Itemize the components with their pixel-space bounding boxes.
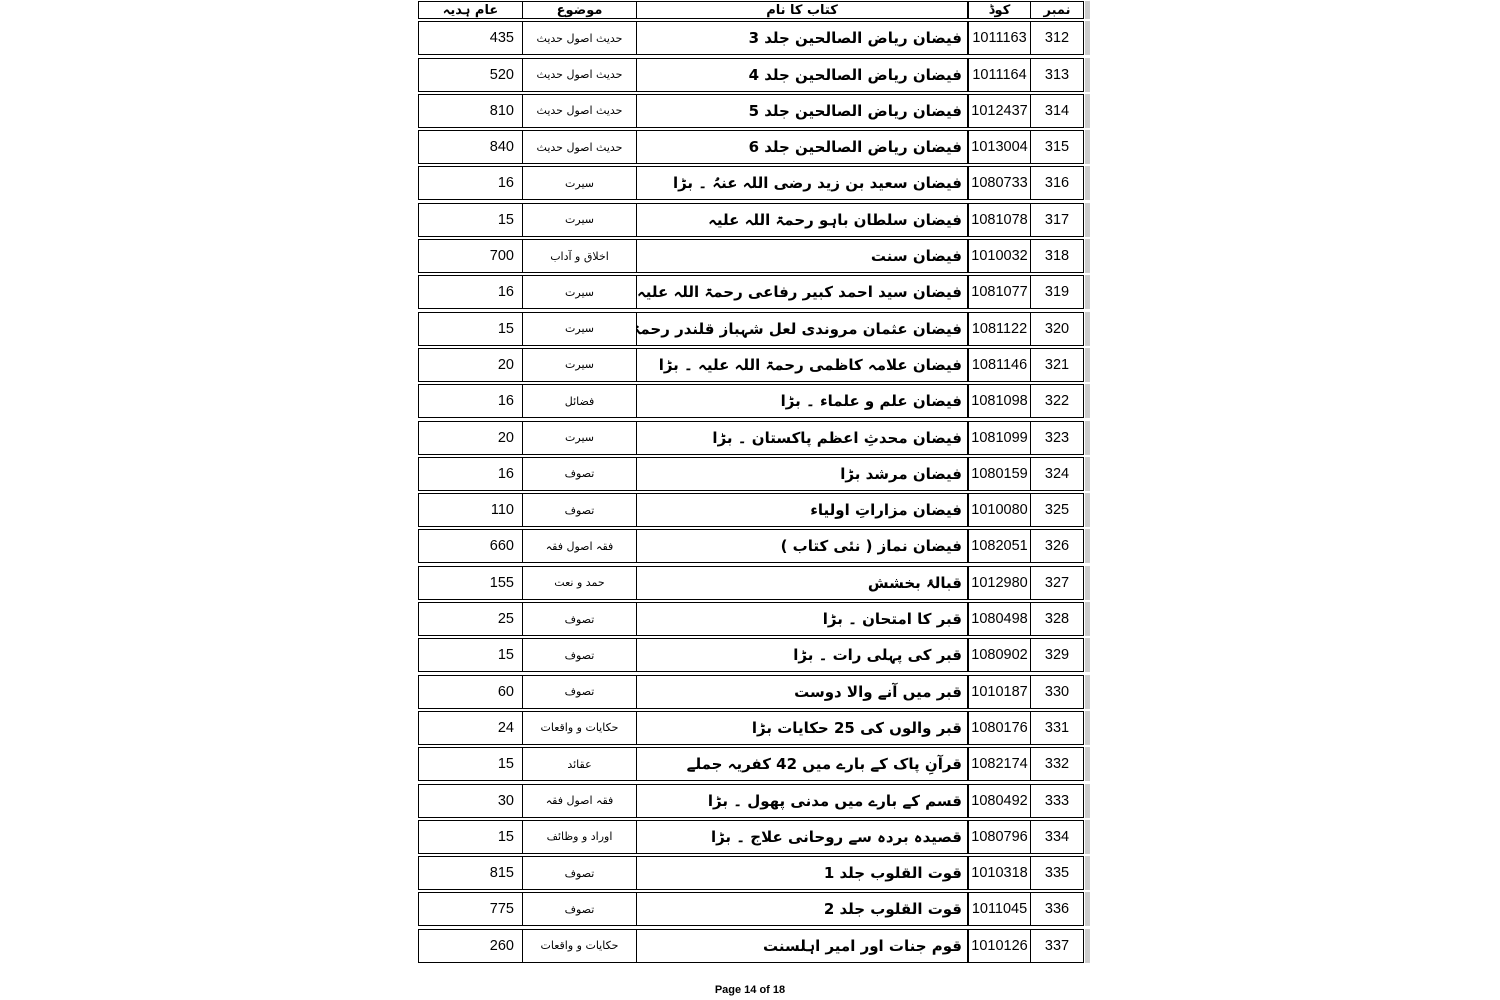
book-code: 1082051 [967,530,1030,562]
header-price: عام ہدیہ [419,2,522,18]
table-row: 323 1081099 فیضان محدثِ اعظم پاکستان ۔ ب… [418,421,1084,455]
table-row: 327 1012980 قبالۂ بخشش حمد و نعت 155 [418,566,1084,600]
book-price: 16 [419,458,522,490]
book-code: 1082174 [967,748,1030,780]
book-code: 1011164 [967,59,1030,91]
book-subject: سیرت [522,167,636,199]
book-subject: اوراد و وظائف [522,821,636,853]
book-code: 1080796 [967,821,1030,853]
book-price: 15 [419,204,522,236]
book-subject: حدیث اصول حدیث [522,95,636,127]
book-price: 60 [419,676,522,708]
table-row: 322 1081098 فیضان علم و علماء ۔ بڑا فضائ… [418,384,1084,418]
row-serial-number: 321 [1030,349,1083,381]
table-row: 333 1080492 قسم کے بارے میں مدنی پھول ۔ … [418,784,1084,818]
row-serial-number: 329 [1030,639,1083,671]
book-subject: حدیث اصول حدیث [522,22,636,54]
book-price: 20 [419,349,522,381]
book-subject: حکایات و واقعات [522,712,636,744]
book-title: فیضان مرشد بڑا [636,458,967,490]
book-subject: تصوف [522,603,636,635]
row-serial-number: 317 [1030,204,1083,236]
row-serial-number: 330 [1030,676,1083,708]
book-title: فیضان محدثِ اعظم پاکستان ۔ بڑا [636,422,967,454]
book-code: 1010318 [967,857,1030,889]
book-title: قوت القلوب جلد 1 [636,857,967,889]
book-price: 24 [419,712,522,744]
book-price: 700 [419,240,522,272]
table-row: 318 1010032 فیضان سنت اخلاق و آداب 700 [418,239,1084,273]
table-row: 316 1080733 فیضان سعید بن زید رضی اللہ ع… [418,166,1084,200]
book-title: قبر والوں کی 25 حکایات بڑا [636,712,967,744]
book-code: 1080498 [967,603,1030,635]
row-serial-number: 337 [1030,930,1083,962]
table-row: 313 1011164 فیضان ریاض الصالحین جلد 4 حد… [418,58,1084,92]
book-subject: حدیث اصول حدیث [522,59,636,91]
book-price: 15 [419,748,522,780]
header-subject: موضوع [522,2,636,18]
book-subject: فقہ اصول فقہ [522,530,636,562]
book-code: 1012437 [967,95,1030,127]
table-row: 331 1080176 قبر والوں کی 25 حکایات بڑا ح… [418,711,1084,745]
table-row: 335 1010318 قوت القلوب جلد 1 تصوف 815 [418,856,1084,890]
book-price: 435 [419,22,522,54]
row-serial-number: 327 [1030,567,1083,599]
row-serial-number: 336 [1030,893,1083,925]
book-list-table: نمبر کوڈ کتاب کا نام موضوع عام ہدیہ 312 … [418,1,1084,965]
book-subject: سیرت [522,349,636,381]
book-code: 1010126 [967,930,1030,962]
book-subject: تصوف [522,676,636,708]
row-serial-number: 332 [1030,748,1083,780]
table-row: 326 1082051 فیضان نماز ( نئی کتاب ) فقہ … [418,529,1084,563]
table-header-row: نمبر کوڈ کتاب کا نام موضوع عام ہدیہ [418,1,1084,19]
book-title: فیضان مزاراتِ اولیاء [636,494,967,526]
book-price: 15 [419,313,522,345]
table-body: 312 1011163 فیضان ریاض الصالحین جلد 3 حد… [418,21,1084,962]
book-price: 660 [419,530,522,562]
book-subject: تصوف [522,458,636,490]
book-price: 15 [419,639,522,671]
row-serial-number: 312 [1030,22,1083,54]
book-subject: سیرت [522,276,636,308]
row-serial-number: 326 [1030,530,1083,562]
table-row: 334 1080796 قصیدہ بردہ سے روحانی علاج ۔ … [418,820,1084,854]
book-code: 1081122 [967,313,1030,345]
book-title: فیضان علم و علماء ۔ بڑا [636,385,967,417]
book-code: 1010032 [967,240,1030,272]
book-title: فیضان ریاض الصالحین جلد 4 [636,59,967,91]
table-row: 332 1082174 قرآنِ پاک کے بارے میں 42 کفر… [418,747,1084,781]
book-code: 1080176 [967,712,1030,744]
row-serial-number: 328 [1030,603,1083,635]
row-serial-number: 315 [1030,131,1083,163]
book-title: قوت القلوب جلد 2 [636,893,967,925]
book-code: 1012980 [967,567,1030,599]
book-price: 840 [419,131,522,163]
book-title: قصیدہ بردہ سے روحانی علاج ۔ بڑا [636,821,967,853]
book-code: 1081077 [967,276,1030,308]
row-serial-number: 324 [1030,458,1083,490]
table-row: 315 1013004 فیضان ریاض الصالحین جلد 6 حد… [418,130,1084,164]
book-code: 1011163 [967,22,1030,54]
row-serial-number: 319 [1030,276,1083,308]
row-serial-number: 335 [1030,857,1083,889]
book-code: 1081078 [967,204,1030,236]
book-code: 1010080 [967,494,1030,526]
book-code: 1081146 [967,349,1030,381]
page-number-footer: Page 14 of 18 [0,984,1500,996]
book-price: 16 [419,167,522,199]
row-serial-number: 320 [1030,313,1083,345]
book-subject: حکایات و واقعات [522,930,636,962]
table-row: 324 1080159 فیضان مرشد بڑا تصوف 16 [418,457,1084,491]
book-price: 25 [419,603,522,635]
table-row: 321 1081146 فیضان علامہ کاظمی رحمۃ اللہ … [418,348,1084,382]
book-code: 1080902 [967,639,1030,671]
book-subject: عقائد [522,748,636,780]
table-row: 317 1081078 فیضان سلطان باہو رحمۃ اللہ ع… [418,203,1084,237]
book-subject: حدیث اصول حدیث [522,131,636,163]
book-code: 1081099 [967,422,1030,454]
book-title: فیضان سنت [636,240,967,272]
book-code: 1013004 [967,131,1030,163]
book-code: 1081098 [967,385,1030,417]
document-page: نمبر کوڈ کتاب کا نام موضوع عام ہدیہ 312 … [0,0,1500,1000]
book-code: 1080159 [967,458,1030,490]
row-serial-number: 331 [1030,712,1083,744]
book-title: فیضان سید احمد کبیر رفاعی رحمۃ اللہ علیہ… [636,276,967,308]
book-price: 155 [419,567,522,599]
book-title: فیضان ریاض الصالحین جلد 6 [636,131,967,163]
book-title: قبر میں آنے والا دوست [636,676,967,708]
book-title: قبالۂ بخشش [636,567,967,599]
table-row: 312 1011163 فیضان ریاض الصالحین جلد 3 حد… [418,21,1084,55]
book-price: 775 [419,893,522,925]
book-title: فیضان نماز ( نئی کتاب ) [636,530,967,562]
table-row: 329 1080902 قبر کی پہلی رات ۔ بڑا تصوف 1… [418,638,1084,672]
book-price: 815 [419,857,522,889]
book-subject: تصوف [522,893,636,925]
row-serial-number: 316 [1030,167,1083,199]
book-title: فیضان عثمان مروندی لعل شہباز قلندر رحمۃ … [636,313,967,345]
book-subject: تصوف [522,639,636,671]
book-price: 16 [419,276,522,308]
book-title: فیضان ریاض الصالحین جلد 3 [636,22,967,54]
table-row: 337 1010126 قوم جنات اور امیر اہلسنت حکا… [418,929,1084,963]
table-row: 325 1010080 فیضان مزاراتِ اولیاء تصوف 11… [418,493,1084,527]
row-serial-number: 333 [1030,785,1083,817]
book-subject: سیرت [522,313,636,345]
book-subject: فقہ اصول فقہ [522,785,636,817]
header-number: نمبر [1030,2,1083,18]
book-title: فیضان علامہ کاظمی رحمۃ اللہ علیہ ۔ بڑا [636,349,967,381]
book-title: قرآنِ پاک کے بارے میں 42 کفریہ جملے [636,748,967,780]
book-price: 810 [419,95,522,127]
book-title: فیضان ریاض الصالحین جلد 5 [636,95,967,127]
book-subject: اخلاق و آداب [522,240,636,272]
book-subject: تصوف [522,494,636,526]
book-price: 520 [419,59,522,91]
book-price: 16 [419,385,522,417]
book-price: 110 [419,494,522,526]
book-subject: تصوف [522,857,636,889]
book-code: 1011045 [967,893,1030,925]
book-subject: فضائل [522,385,636,417]
book-title: قبر کی پہلی رات ۔ بڑا [636,639,967,671]
table-row: 319 1081077 فیضان سید احمد کبیر رفاعی رح… [418,275,1084,309]
book-title: قبر کا امتحان ۔ بڑا [636,603,967,635]
book-title: فیضان سلطان باہو رحمۃ اللہ علیہ [636,204,967,236]
book-title: فیضان سعید بن زید رضی اللہ عنہُ ۔ بڑا [636,167,967,199]
table-row: 328 1080498 قبر کا امتحان ۔ بڑا تصوف 25 [418,602,1084,636]
book-subject: سیرت [522,422,636,454]
row-serial-number: 313 [1030,59,1083,91]
row-serial-number: 322 [1030,385,1083,417]
row-serial-number: 334 [1030,821,1083,853]
book-price: 20 [419,422,522,454]
table-row: 330 1010187 قبر میں آنے والا دوست تصوف 6… [418,675,1084,709]
book-title: قوم جنات اور امیر اہلسنت [636,930,967,962]
book-subject: حمد و نعت [522,567,636,599]
table-row: 336 1011045 قوت القلوب جلد 2 تصوف 775 [418,892,1084,926]
row-serial-number: 325 [1030,494,1083,526]
header-code: کوڈ [967,2,1030,18]
book-code: 1010187 [967,676,1030,708]
book-code: 1080733 [967,167,1030,199]
row-serial-number: 314 [1030,95,1083,127]
book-price: 15 [419,821,522,853]
book-code: 1080492 [967,785,1030,817]
row-serial-number: 318 [1030,240,1083,272]
table-row: 314 1012437 فیضان ریاض الصالحین جلد 5 حد… [418,94,1084,128]
book-subject: سیرت [522,204,636,236]
table-row: 320 1081122 فیضان عثمان مروندی لعل شہباز… [418,312,1084,346]
book-title: قسم کے بارے میں مدنی پھول ۔ بڑا [636,785,967,817]
book-price: 30 [419,785,522,817]
book-price: 260 [419,930,522,962]
header-book-name: کتاب کا نام [636,2,967,18]
row-serial-number: 323 [1030,422,1083,454]
